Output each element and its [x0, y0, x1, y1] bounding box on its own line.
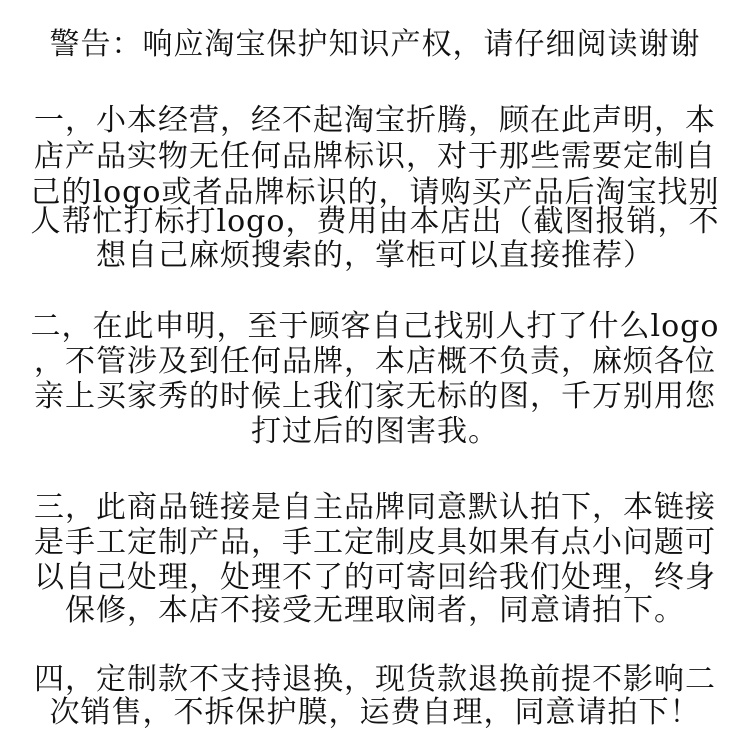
paragraph-line: 保修，本店不接受无理取闹者，同意请拍下。	[0, 593, 750, 629]
paragraph-line: 店产品实物无任何品牌标识，对于那些需要定制自	[0, 139, 750, 175]
notice-title: 警告：响应淘宝保护知识产权，请仔细阅读谢谢	[0, 27, 750, 63]
paragraph-line: 打过后的图害我。	[0, 414, 750, 450]
paragraph-line: 四，定制款不支持退换，现货款退换前提不影响二	[0, 662, 750, 698]
paragraph-line: 以自己处理，处理不了的可寄回给我们处理，终身	[0, 560, 750, 596]
paragraph-line: ，不管涉及到任何品牌，本店概不负责，麻烦各位	[0, 344, 750, 380]
paragraph-line: 是手工定制产品，手工定制皮具如果有点小问题可	[0, 525, 750, 561]
paragraph-line: 亲上买家秀的时候上我们家无标的图，千万别用您	[0, 379, 750, 415]
paragraph-line: 想自己麻烦搜索的，掌柜可以直接推荐）	[0, 238, 750, 274]
paragraph-line: 二，在此申明，至于顾客自己找别人打了什么logo	[0, 309, 750, 345]
paragraph-line: 人帮忙打标打logo，费用由本店出（截图报销，不	[0, 204, 750, 240]
paragraph-line: 三，此商品链接是自主品牌同意默认拍下，本链接	[0, 490, 750, 526]
paragraph-line: 次销售，不拆保护膜，运费自理，同意请拍下！	[0, 695, 750, 731]
paragraph-line: 一，小本经营，经不起淘宝折腾，顾在此声明，本	[0, 103, 750, 139]
